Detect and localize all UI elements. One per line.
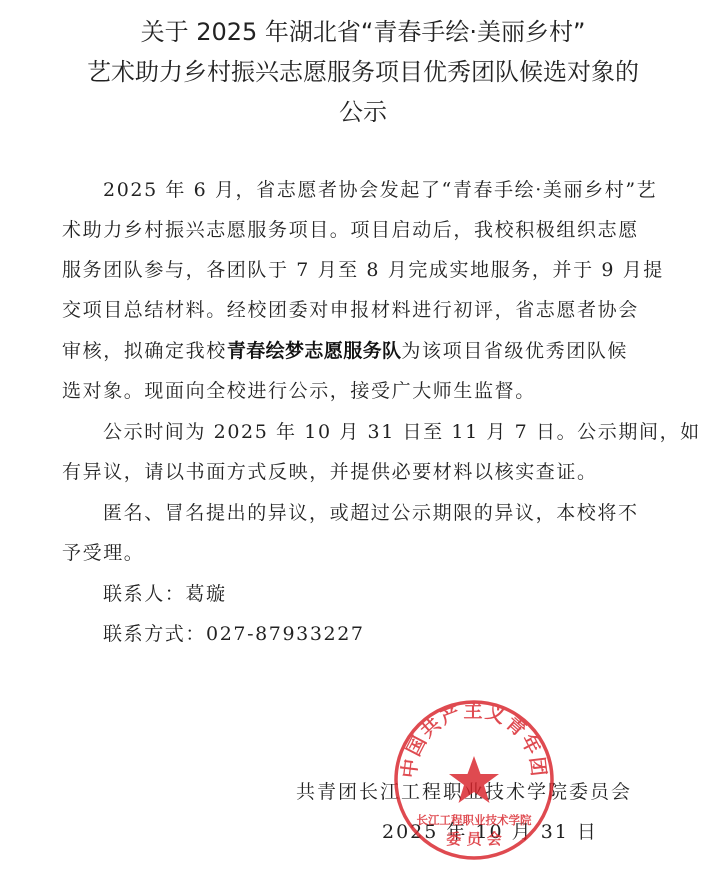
paragraph-line: 公示时间为 2025 年 10 月 31 日至 11 月 7 日。公示期间，如 xyxy=(103,420,701,444)
document-title-line-2: 艺术助力乡村振兴志愿服务项目优秀团队候选对象的 xyxy=(0,56,726,88)
paragraph-line: 术助力乡村振兴志愿服务项目。项目启动后，我校积极组织志愿 xyxy=(62,218,639,242)
paragraph-text: 为该项目省级优秀团队候 xyxy=(401,340,628,362)
paragraph-text: 审核，拟确定我校 xyxy=(62,340,227,362)
paragraph-line: 选对象。现面向全校进行公示，接受广大师生监督。 xyxy=(62,379,536,403)
paragraph-line: 予受理。 xyxy=(62,541,144,565)
team-name-highlight: 青春绘梦志愿服务队 xyxy=(227,340,402,362)
seal-outer-text: 中国共产主义青年团 xyxy=(397,699,549,779)
paragraph-line: 审核，拟确定我校青春绘梦志愿服务队为该项目省级优秀团队候 xyxy=(62,339,628,363)
signature-organization: 共青团长江工程职业技术学院委员会 xyxy=(296,780,632,804)
document-title-line-1: 关于 2025 年湖北省“青春手绘·美丽乡村” xyxy=(0,16,726,48)
paragraph-line: 有异议，请以书面方式反映，并提供必要材料以核实查证。 xyxy=(62,460,598,484)
signature-date: 2025 年 10 月 31 日 xyxy=(382,820,598,844)
paragraph-line: 匿名、冒名提出的异议，或超过公示期限的异议，本校将不 xyxy=(103,501,639,525)
paragraph-line: 交项目总结材料。经校团委对申报材料进行初评，省志愿者协会 xyxy=(62,298,639,322)
svg-text:中国共产主义青年团: 中国共产主义青年团 xyxy=(397,699,549,779)
contact-phone: 联系方式：027-87933227 xyxy=(103,622,365,646)
document-title-line-3: 公示 xyxy=(0,96,726,128)
contact-person: 联系人：葛璇 xyxy=(103,582,227,606)
paragraph-line: 服务团队参与，各团队于 7 月至 8 月完成实地服务，并于 9 月提 xyxy=(62,258,664,282)
paragraph-line: 2025 年 6 月，省志愿者协会发起了“青春手绘·美丽乡村”艺 xyxy=(103,178,657,202)
